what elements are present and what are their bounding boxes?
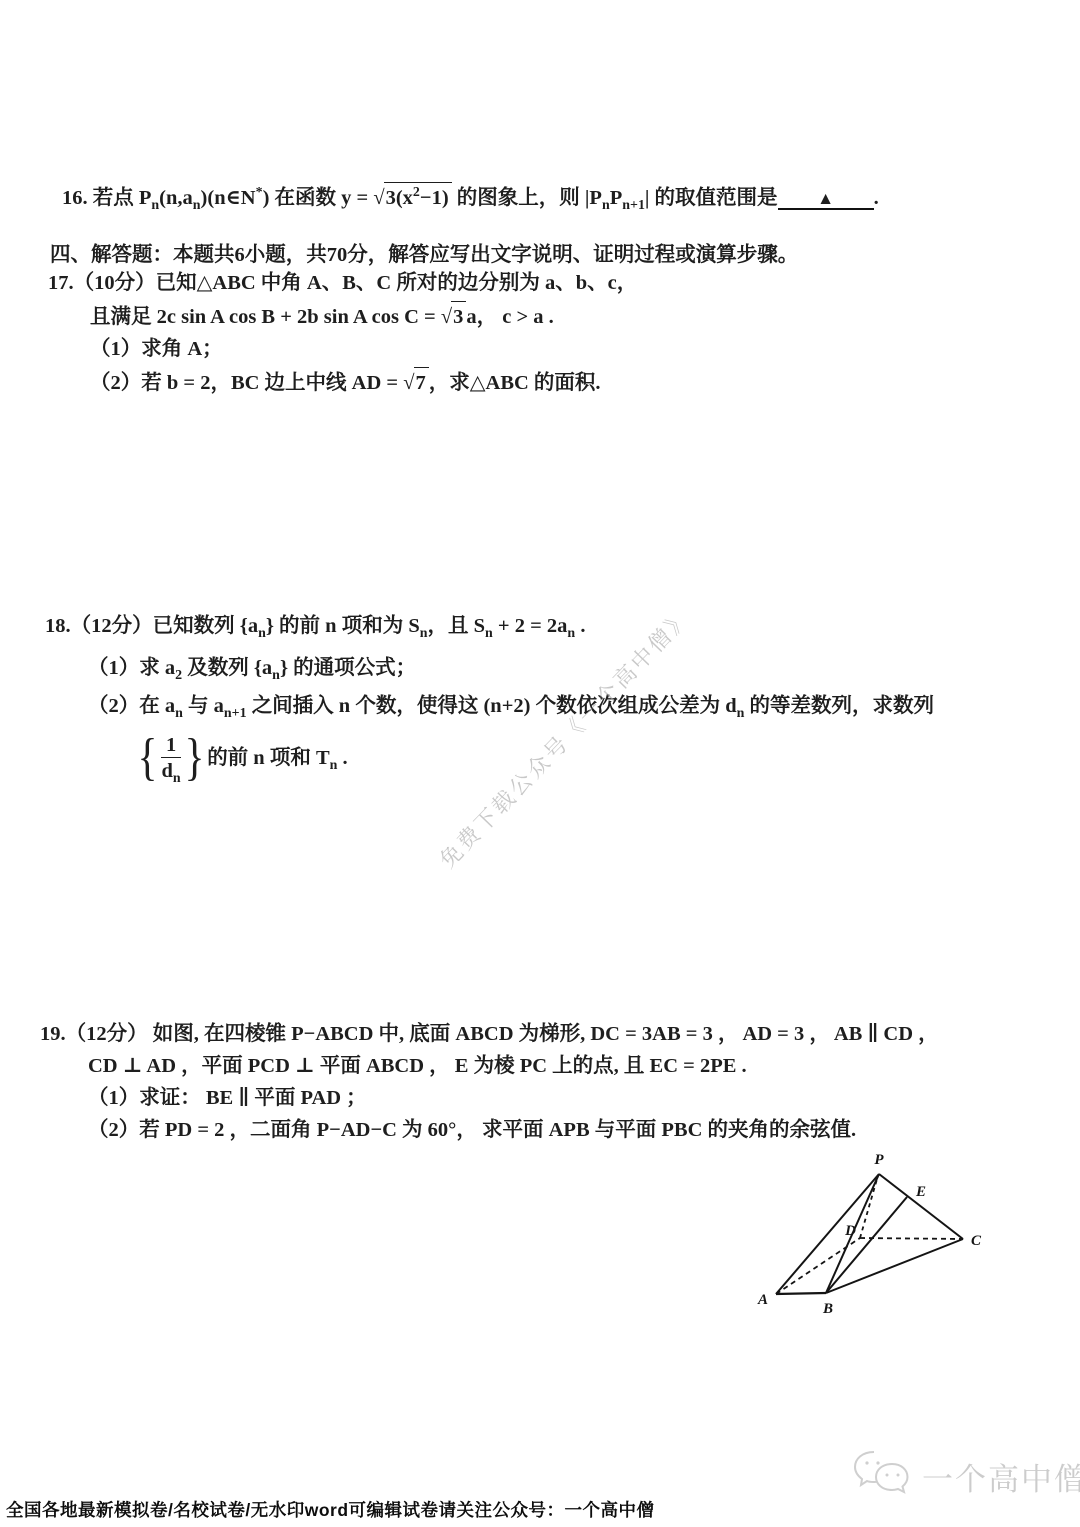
edge-AB xyxy=(776,1293,826,1294)
pyramid-svg: P E D C A B xyxy=(738,1146,1022,1328)
section-4-heading: 四、解答题：本题共6小题，共70分，解答应写出文字说明、证明过程或演算步骤。 xyxy=(50,237,798,267)
question-18-part-2: （2）在 an 与 an+1 之间插入 n 个数，使得这 (n+2) 个数依次组… xyxy=(88,691,934,721)
question-16-line: 16. 若点 Pn(n,an)(n∈N*) 在函数 y = √3(x2−1) 的… xyxy=(62,182,879,212)
corner-watermark-text: 一个高中僧 xyxy=(922,1454,1080,1499)
vertex-label-P: P xyxy=(874,1152,884,1168)
question-19: 19.（12分） 如图, 在四棱锥 P−ABCD 中, 底面 ABCD 为梯形,… xyxy=(40,1019,939,1147)
vertex-label-A: A xyxy=(757,1292,768,1308)
edge-BE xyxy=(826,1197,907,1293)
question-17-line-2: 且满足 2c sin A cos B + 2b sin A cos C = √3… xyxy=(90,301,637,331)
question-19-line-1: 19.（12分） 如图, 在四棱锥 P−ABCD 中, 底面 ABCD 为梯形,… xyxy=(40,1019,939,1049)
edge-DC-hidden xyxy=(860,1238,963,1239)
wechat-icon xyxy=(852,1446,914,1506)
vertex-label-E: E xyxy=(915,1184,926,1200)
question-17-part-2: （2）若 b = 2，BC 边上中线 AD = √7，求△ABC 的面积. xyxy=(90,367,637,397)
vertex-label-D: D xyxy=(844,1223,856,1239)
question-18: 18.（12分）已知数列 {an} 的前 n 项和为 Sn，且 Sn + 2 =… xyxy=(45,611,934,789)
vertex-label-B: B xyxy=(822,1301,833,1317)
corner-watermark: 一个高中僧 xyxy=(852,1446,1080,1506)
pyramid-figure: P E D C A B xyxy=(738,1146,1022,1328)
question-19-part-1: （1）求证： BE ∥ 平面 PAD ； xyxy=(88,1083,939,1113)
question-19-line-2: CD ⊥ AD ，平面 PCD ⊥ 平面 ABCD ， E 为棱 PC 上的点,… xyxy=(88,1051,939,1081)
question-17: 17.（10分）已知△ABC 中角 A、B、C 所对的边分别为 a、b、c， 且… xyxy=(48,268,637,400)
question-16: 16. 若点 Pn(n,an)(n∈N*) 在函数 y = √3(x2−1) 的… xyxy=(62,182,879,212)
footer-text: 全国各地最新模拟卷/名校试卷/无水印word可编辑试卷请关注公众号：一个高中僧 xyxy=(6,1497,655,1522)
question-17-part-1: （1）求角 A； xyxy=(90,334,637,364)
vertex-label-C: C xyxy=(971,1233,982,1249)
edge-PA xyxy=(776,1174,879,1294)
question-18-line-1: 18.（12分）已知数列 {an} 的前 n 项和为 Sn，且 Sn + 2 =… xyxy=(45,611,934,641)
question-19-part-2: （2）若 PD = 2 ，二面角 P−AD−C 为 60°， 求平面 APB 与… xyxy=(88,1115,939,1145)
question-18-part-1: （1）求 a2 及数列 {an} 的通项公式； xyxy=(88,653,934,683)
question-17-line-1: 17.（10分）已知△ABC 中角 A、B、C 所对的边分别为 a、b、c， xyxy=(48,268,637,298)
